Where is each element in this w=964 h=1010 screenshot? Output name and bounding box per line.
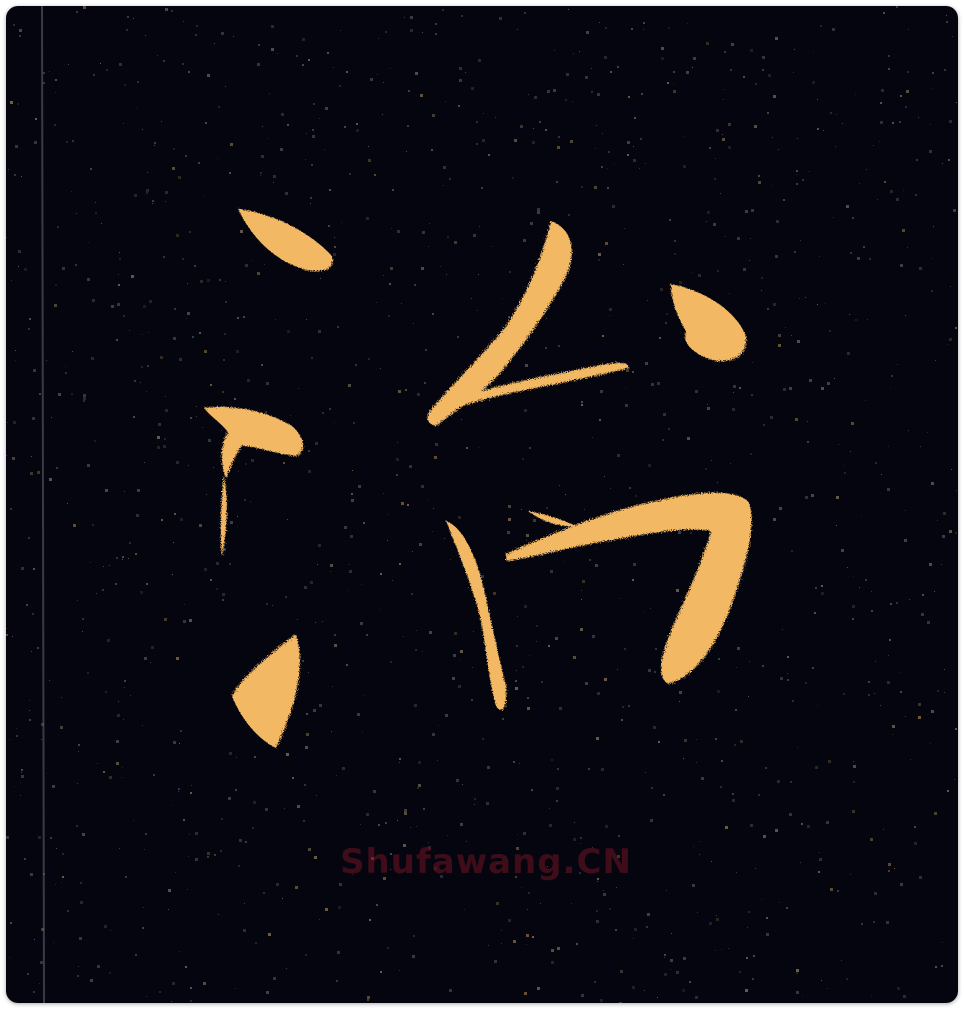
left-border-line bbox=[42, 6, 44, 1003]
watermark: Shufawang.CN bbox=[336, 842, 636, 882]
character-strokes bbox=[204, 209, 752, 748]
calligraphy-image: Shufawang.CN bbox=[6, 6, 958, 1003]
